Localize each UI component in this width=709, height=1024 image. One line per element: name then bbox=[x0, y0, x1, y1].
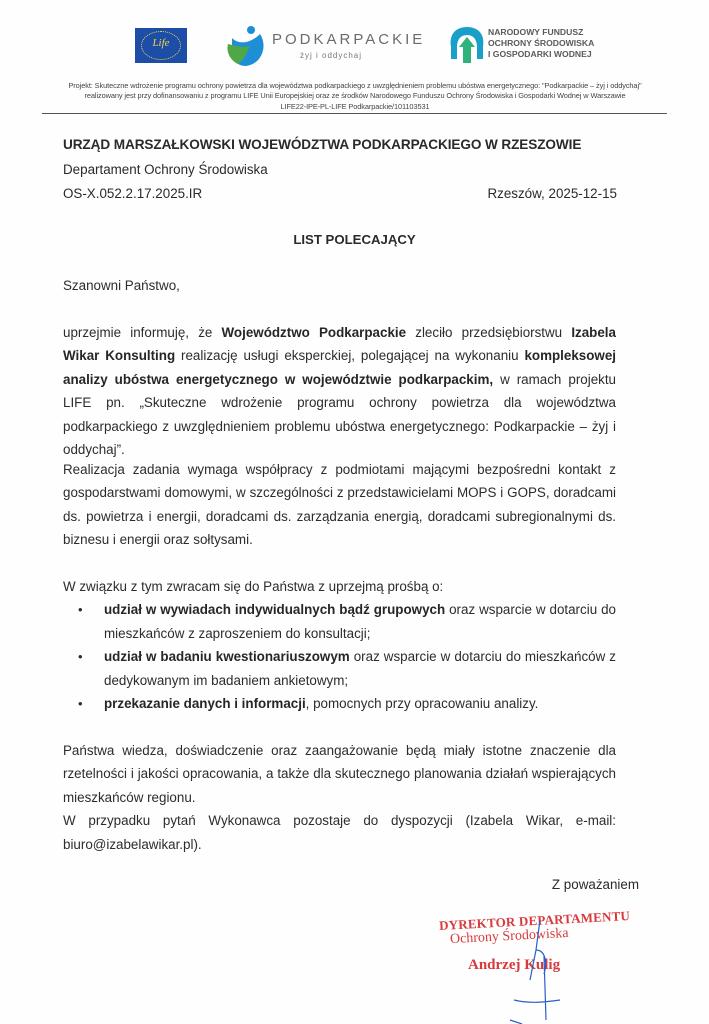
paragraph-4-line: Państwa wiedza, doświadczenie oraz zaang… bbox=[63, 739, 616, 809]
list-item: udział w wywiadach indywidualnych bądź g… bbox=[104, 598, 616, 645]
header-divider bbox=[42, 113, 667, 114]
nfosigw-line: OCHRONY ŚRODOWISKA bbox=[488, 38, 594, 49]
list-item: udział w badaniu kwestionariuszowym oraz… bbox=[104, 645, 616, 692]
text: , pomocnych przy opracowaniu analizy. bbox=[306, 696, 539, 711]
nfosigw-logo-icon bbox=[449, 25, 485, 65]
signature-icon bbox=[500, 920, 580, 1024]
nfosigw-line: NARODOWY FUNDUSZ bbox=[488, 27, 594, 38]
project-line: realizowany jest przy dofinansowaniu z p… bbox=[20, 91, 690, 101]
list-item: przekazanie danych i informacji, pomocny… bbox=[104, 692, 616, 715]
podkarpackie-tagline: żyj i oddychaj bbox=[300, 51, 362, 60]
life-label: Life bbox=[135, 37, 187, 49]
eu-life-logo: Life bbox=[135, 28, 187, 63]
project-info: Projekt: Skuteczne wdrożenie programu oc… bbox=[20, 81, 690, 112]
paragraph-4: Państwa wiedza, doświadczenie oraz zaang… bbox=[63, 739, 616, 856]
paragraph-1: uprzejmie informuję, że Województwo Podk… bbox=[63, 321, 616, 461]
organization-name: URZĄD MARSZAŁKOWSKI WOJEWÓDZTWA PODKARPA… bbox=[63, 137, 581, 152]
request-list: udział w wywiadach indywidualnych bądź g… bbox=[63, 598, 616, 715]
text: realizację usługi eksperckiej, polegając… bbox=[175, 348, 524, 363]
reference-number: OS-X.052.2.17.2025.IR bbox=[63, 186, 202, 201]
salutation: Szanowni Państwo, bbox=[63, 274, 616, 297]
place-date: Rzeszów, 2025-12-15 bbox=[487, 186, 617, 201]
text: zleciło przedsiębiorstwu bbox=[406, 325, 571, 340]
bold-text: udział w badaniu kwestionariuszowym bbox=[104, 649, 350, 664]
letter-page: Life PODKARPACKIE żyj i oddychaj NARODOW… bbox=[0, 0, 709, 1024]
paragraph-3: W związku z tym zwracam się do Państwa z… bbox=[63, 575, 616, 715]
project-line: LIFE22-IPE-PL-LIFE Podkarpackie/10110353… bbox=[20, 102, 690, 112]
podkarpackie-logo-icon bbox=[222, 24, 268, 68]
header-logos: Life PODKARPACKIE żyj i oddychaj NARODOW… bbox=[0, 24, 709, 68]
bold-text: przekazanie danych i informacji bbox=[104, 696, 306, 711]
letter-title: LIST POLECAJĄCY bbox=[0, 232, 709, 247]
bold-text: Województwo Podkarpackie bbox=[222, 325, 407, 340]
project-line: Projekt: Skuteczne wdrożenie programu oc… bbox=[20, 81, 690, 91]
bold-text: udział w wywiadach indywidualnych bądź g… bbox=[104, 602, 445, 617]
closing: Z poważaniem bbox=[552, 877, 639, 892]
nfosigw-name: NARODOWY FUNDUSZ OCHRONY ŚRODOWISKA I GO… bbox=[488, 27, 594, 60]
nfosigw-line: I GOSPODARKI WODNEJ bbox=[488, 49, 594, 60]
paragraph-2: Realizacja zadania wymaga współpracy z p… bbox=[63, 458, 616, 552]
contact-line: W przypadku pytań Wykonawca pozostaje do… bbox=[63, 809, 616, 856]
department-name: Departament Ochrony Środowiska bbox=[63, 162, 268, 177]
podkarpackie-name: PODKARPACKIE bbox=[272, 31, 425, 48]
text: uprzejmie informuję, że bbox=[63, 325, 222, 340]
request-intro: W związku z tym zwracam się do Państwa z… bbox=[63, 575, 616, 598]
